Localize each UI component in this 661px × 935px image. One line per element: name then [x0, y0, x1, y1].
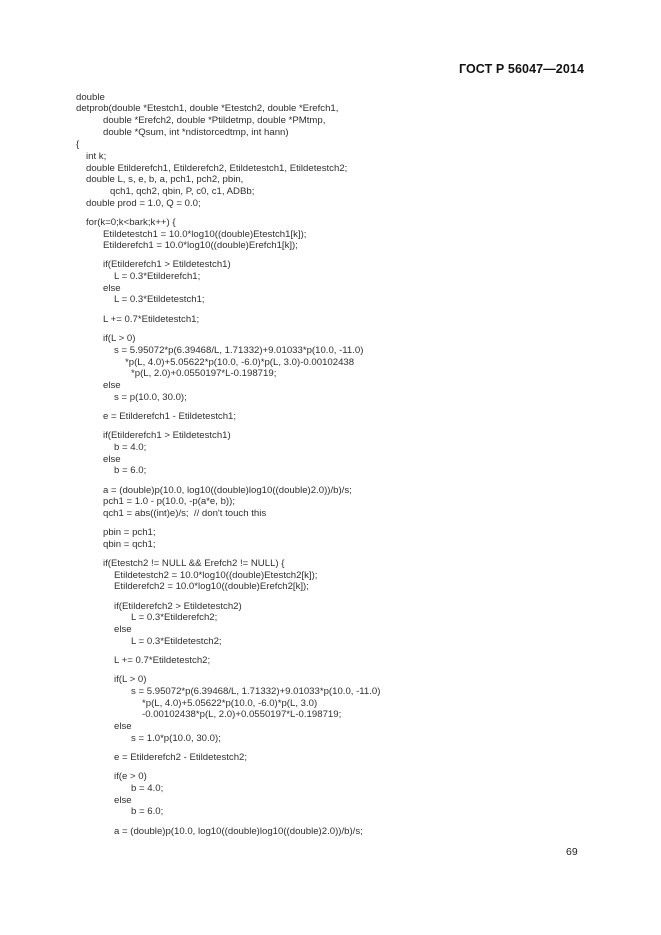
- code-line: b = 4.0;: [114, 442, 146, 453]
- code-line: if(Etestch2 != NULL && Erefch2 != NULL) …: [103, 558, 284, 569]
- code-line: for(k=0;k<bark;k++) {: [86, 217, 176, 228]
- code-line: if(Etilderefch1 > Etildetestch1): [103, 430, 231, 441]
- code-line: qbin = qch1;: [103, 539, 156, 550]
- code-line: s = p(10.0, 30.0);: [114, 392, 187, 403]
- code-line: a = (double)p(10.0, log10((double)log10(…: [114, 826, 363, 837]
- code-line: detprob(double *Etestch1, double *Etestc…: [76, 103, 338, 114]
- code-line: Etildetestch2 = 10.0*log10((double)Etest…: [114, 570, 317, 581]
- code-line: else: [103, 283, 121, 294]
- code-line: else: [103, 380, 121, 391]
- code-line: b = 6.0;: [131, 806, 163, 817]
- code-line: b = 6.0;: [114, 465, 146, 476]
- code-line: double *Qsum, int *ndistorcedtmp, int ha…: [103, 127, 289, 138]
- code-line: s = 1.0*p(10.0, 30.0);: [131, 733, 221, 744]
- code-line: Etilderefch1 = 10.0*log10((double)Erefch…: [103, 240, 298, 251]
- code-line: double Etilderefch1, Etilderefch2, Etild…: [86, 163, 347, 174]
- code-line: if(Etilderefch1 > Etildetestch1): [103, 259, 231, 270]
- code-line: if(L > 0): [114, 674, 146, 685]
- code-line: else: [114, 624, 132, 635]
- code-line: L += 0.7*Etildetestch1;: [103, 314, 199, 325]
- code-line: double prod = 1.0, Q = 0.0;: [86, 198, 201, 209]
- code-listing: doubledetprob(double *Etestch1, double *…: [0, 0, 661, 935]
- code-line: qch1, qch2, qbin, P, c0, c1, ADBb;: [110, 186, 254, 197]
- code-line: double L, s, e, b, a, pch1, pch2, pbin,: [86, 174, 243, 185]
- code-line: L = 0.3*Etildetestch2;: [131, 636, 222, 647]
- code-line: *p(L, 4.0)+5.05622*p(10.0, -6.0)*p(L, 3.…: [142, 698, 317, 709]
- code-line: b = 4.0;: [131, 783, 163, 794]
- code-line: a = (double)p(10.0, log10((double)log10(…: [103, 485, 352, 496]
- code-line: e = Etilderefch2 - Etildetestch2;: [114, 752, 247, 763]
- code-line: Etilderefch2 = 10.0*log10((double)Erefch…: [114, 581, 309, 592]
- code-line: else: [103, 454, 121, 465]
- code-line: if(L > 0): [103, 333, 135, 344]
- code-line: double *Erefch2, double *Ptildetmp, doub…: [103, 115, 325, 126]
- code-line: L = 0.3*Etilderefch1;: [114, 271, 200, 282]
- code-line: if(e > 0): [114, 771, 147, 782]
- code-line: L += 0.7*Etildetestch2;: [114, 655, 210, 666]
- code-line: else: [114, 795, 132, 806]
- code-line: {: [76, 139, 79, 150]
- code-line: L = 0.3*Etildetestch1;: [114, 294, 205, 305]
- code-line: s = 5.95072*p(6.39468/L, 1.71332)+9.0103…: [131, 686, 380, 697]
- page-number: 69: [566, 846, 578, 858]
- code-line: *p(L, 4.0)+5.05622*p(10.0, -6.0)*p(L, 3.…: [125, 357, 354, 368]
- code-line: Etildetestch1 = 10.0*log10((double)Etest…: [103, 229, 306, 240]
- code-line: double: [76, 92, 105, 103]
- code-line: else: [114, 721, 132, 732]
- code-line: pch1 = 1.0 - p(10.0, -p(a*e, b));: [103, 496, 235, 507]
- code-line: if(Etilderefch2 > Etildetestch2): [114, 601, 242, 612]
- code-line: int k;: [86, 151, 106, 162]
- code-line: s = 5.95072*p(6.39468/L, 1.71332)+9.0103…: [114, 345, 363, 356]
- code-line: qch1 = abs((int)e)/s; // don't touch thi…: [103, 508, 266, 519]
- code-line: L = 0.3*Etilderefch2;: [131, 612, 217, 623]
- code-line: e = Etilderefch1 - Etildetestch1;: [103, 411, 236, 422]
- code-line: *p(L, 2.0)+0.0550197*L-0.198719;: [131, 368, 276, 379]
- code-line: pbin = pch1;: [103, 527, 156, 538]
- code-line: -0.00102438*p(L, 2.0)+0.0550197*L-0.1987…: [142, 709, 341, 720]
